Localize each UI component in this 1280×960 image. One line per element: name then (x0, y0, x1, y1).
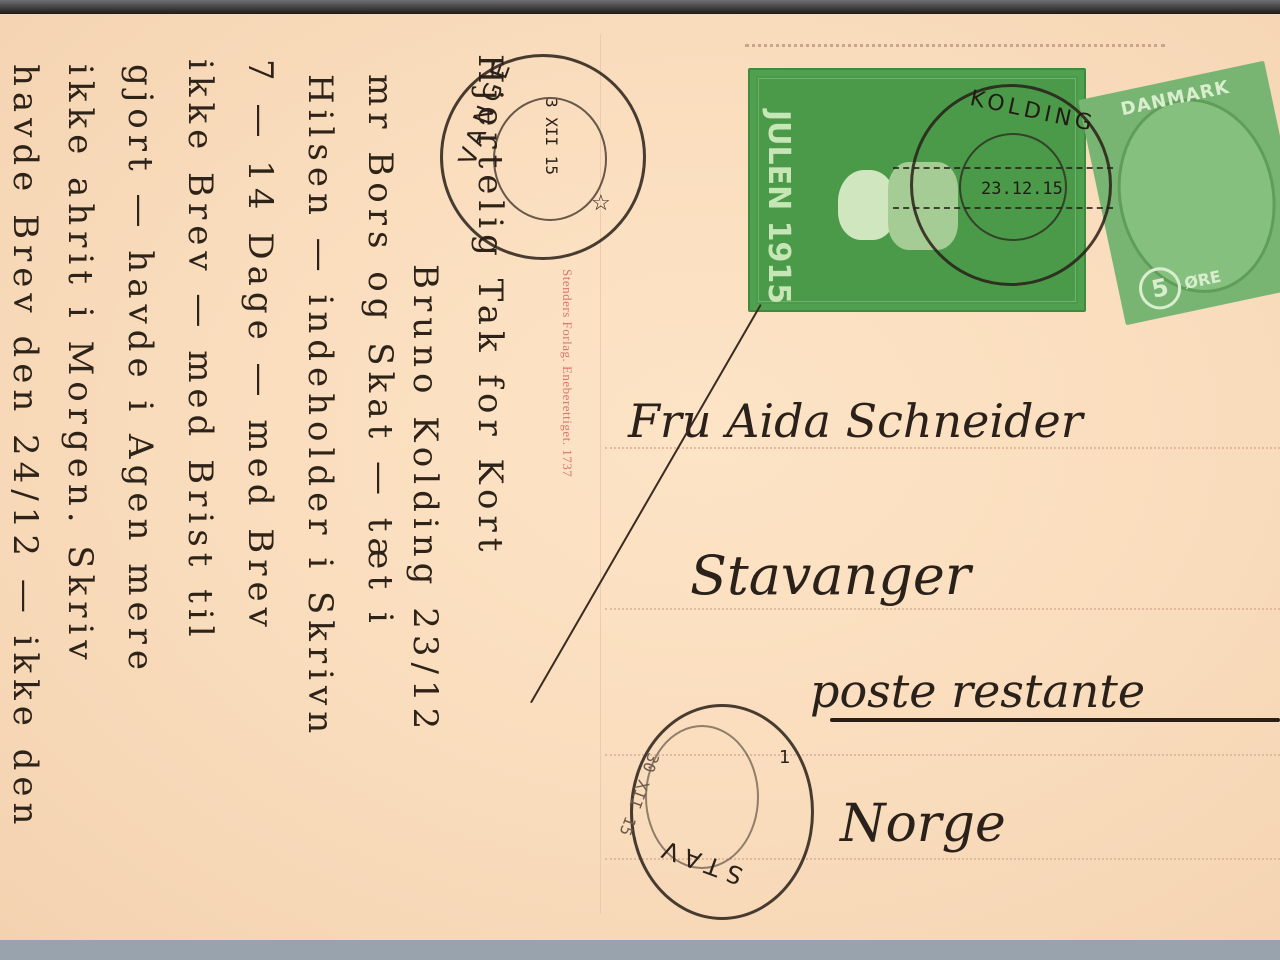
address-city: Stavanger (690, 544, 971, 607)
address-poste-restante: poste restante (810, 664, 1145, 718)
message-line: Hilsen — indeholder i Skrivn (300, 74, 340, 739)
message-line: mr Bors og Skat — tæt i (360, 74, 400, 629)
address-country: Norge (840, 794, 1006, 854)
photo-bottom-edge (0, 940, 1280, 960)
photo-top-edge (0, 0, 1280, 14)
postmark-date: 23.12.15 (981, 179, 1063, 199)
postmark-date: 3 XII 15 (542, 98, 561, 175)
address-line-guide (605, 608, 1280, 610)
postmark-kolding: KOLDING 23.12.15 (910, 84, 1112, 286)
publisher-imprint: Stenders Forlag. Eneberettiget. 1737 (559, 269, 575, 477)
address-underline (830, 718, 1280, 722)
postmark-vange: VANGE 3 XII 15 ☆ (440, 54, 646, 260)
message-line: ikke Brev — med Brist til (180, 59, 220, 643)
perforation-mark (745, 44, 1165, 57)
message-line: gjort — havde i Agen mere (120, 64, 160, 676)
message-line: havde Brev den 24/12 — ikke den (5, 64, 45, 830)
address-recipient: Fru Aida Schneider (628, 394, 1083, 448)
postcard: Hjertelig Tak for Kort Bruno Kolding 23/… (0, 14, 1280, 940)
message-line: Bruno Kolding 23/12 (405, 264, 445, 735)
seal-text: JULEN 1915 (761, 110, 796, 304)
postmark-stavanger: 30 XII 15 STAV 1 (630, 704, 814, 920)
postmark-number: 1 (779, 747, 790, 768)
star-icon: ☆ (591, 191, 611, 216)
message-line: 7 — 14 Dage — med Brev (240, 59, 280, 633)
message-line: ikke ahrit i Morgen. Skriv (60, 64, 100, 666)
